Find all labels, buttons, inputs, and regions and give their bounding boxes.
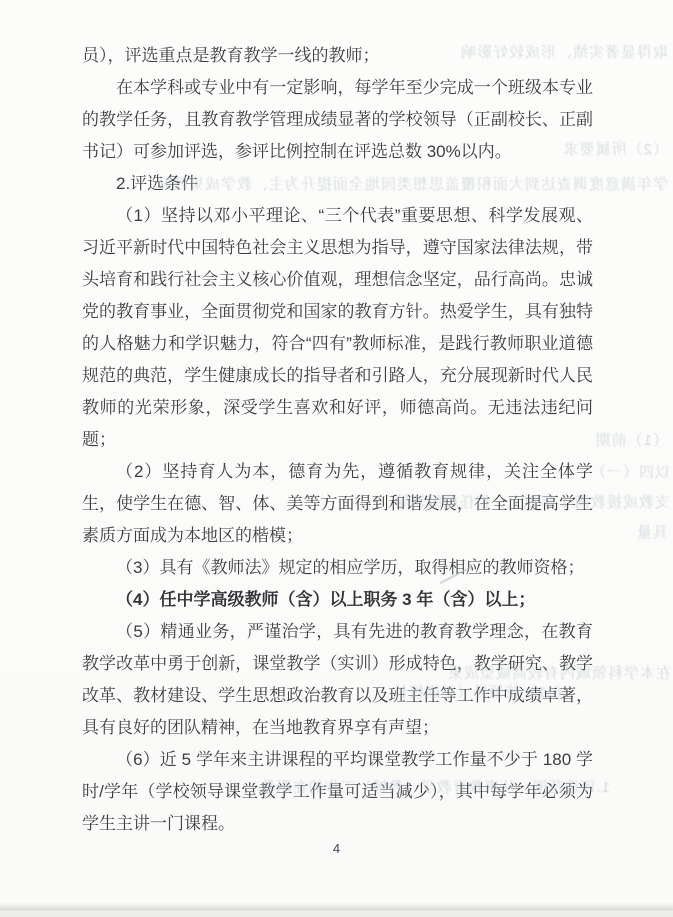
scan-bottom-edge xyxy=(0,903,673,917)
criteria-item-3: （3）具有《教师法》规定的相应学历，取得相应的教师资格； xyxy=(82,552,593,584)
bleedthrough-text: （11）校领导（正副校长 xyxy=(380,684,570,702)
page-number: 4 xyxy=(0,841,673,856)
bleedthrough-text: 具量 xyxy=(618,524,668,542)
paragraph-selection-scope: 在本学科或专业中有一定影响，每学年至少完成一个班级本专业的教学任务，且教育教学管… xyxy=(82,72,593,168)
bleedthrough-text: 学年满意度调查达到大面积覆盖思想类园地全面提升为主、教学成果较好 xyxy=(92,176,668,194)
criteria-item-4: （4）任中学高级教师（含）以上职务 3 年（含）以上； xyxy=(82,584,593,616)
bleedthrough-text: 1.评选范围：从事教育教学（教辅）工作的在职教 xyxy=(170,779,610,797)
document-body: 员），评选重点是教育教学一线的教师； 在本学科或专业中有一定影响，每学年至少完成… xyxy=(82,40,593,840)
bleedthrough-text: 支教或援教满 1 年以上；担任校级领导 xyxy=(365,494,670,512)
bleedthrough-text: 以四（一） xyxy=(550,464,670,482)
bleedthrough-text: 取得显著实绩、形成较好影响 xyxy=(383,44,668,62)
bleedthrough-text: 在本学科领域内有较高威望成果 xyxy=(383,665,671,683)
criteria-item-1: （1）坚持以邓小平理论、“三个代表”重要思想、科学发展观、习近平新时代中国特色社… xyxy=(82,200,593,456)
bleedthrough-text: （2）所属要求 xyxy=(545,141,668,159)
scanned-document-page: 员），评选重点是教育教学一线的教师； 在本学科或专业中有一定影响，每学年至少完成… xyxy=(0,0,673,917)
bleedthrough-text: （1）前期 xyxy=(556,432,668,450)
